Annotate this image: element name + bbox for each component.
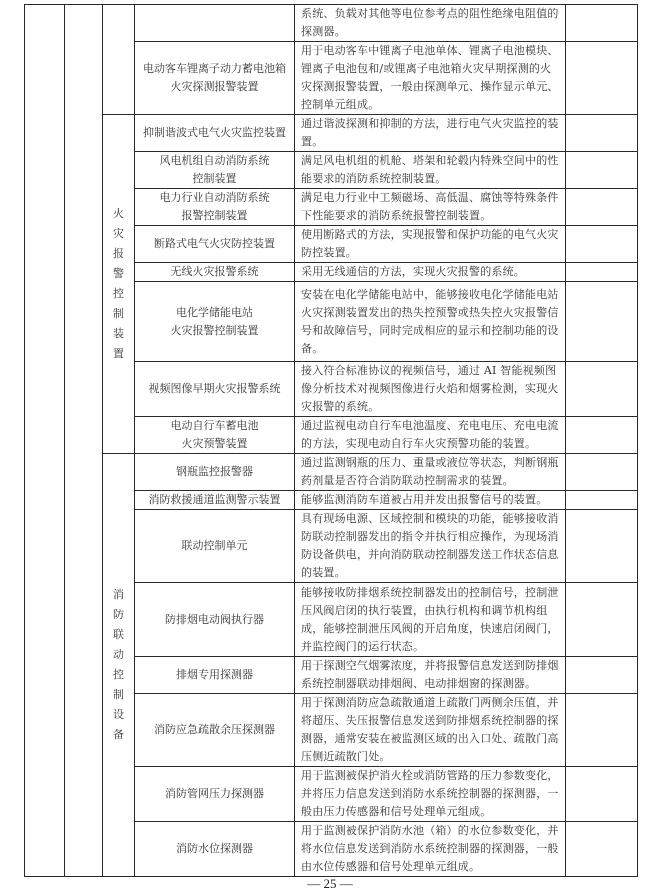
device-name-line: 报警控制装置 <box>141 207 288 225</box>
device-description-cell: 接入符合标准协议的视频信号，通过 AI 智能视频图像分析技术对视频图像进行火焰和… <box>295 362 566 417</box>
device-name-cell <box>135 5 295 42</box>
remarks-cell <box>566 5 638 42</box>
table-row: 消防联动控制设备 钢瓶监控报警器 通过监测钢瓶的压力、重量或液位等状态，判断钢瓶… <box>25 454 638 491</box>
device-description-cell: 满足电力行业中工频磁场、高低温、腐蚀等特殊条件下性能要求的消防系统报警控制装置。 <box>295 189 566 226</box>
device-description-cell: 能够接收防排烟系统控制器发出的控制信号，控制泄压风阀启闭的执行装置，由执行机构和… <box>295 583 566 657</box>
table-row: 系统、负载对其他等电位参考点的阻性绝缘电阻值的探测器。 <box>25 5 638 42</box>
remarks-cell <box>566 583 638 657</box>
device-name-line: 消防应急疏散余压探测器 <box>141 721 288 739</box>
device-name-cell: 风电机组自动消防系统 控制装置 <box>135 152 295 189</box>
device-description-cell: 使用断路式的方法，实现报警和保护功能的电气火灾防控装置。 <box>295 226 566 263</box>
device-description-cell: 用于电动客车中锂离子电池单体、锂离子电池模块、锂离子电池包和/或锂离子电池箱火灾… <box>295 42 566 115</box>
remarks-cell <box>566 42 638 115</box>
device-description-cell: 具有现场电源、区域控制和模块的功能，能够接收消防联动控制器发出的指令并执行相应操… <box>295 510 566 583</box>
device-name-line: 控制装置 <box>141 170 288 188</box>
device-name-cell: 电力行业自动消防系统 报警控制装置 <box>135 189 295 226</box>
device-name-cell: 无线火灾报警系统 <box>135 263 295 282</box>
device-name-line: 视频图像早期火灾报警系统 <box>141 380 288 398</box>
document-page: 系统、负载对其他等电位参考点的阻性绝缘电阻值的探测器。 电动客车锂离子动力蓄电池… <box>0 0 660 896</box>
remarks-cell <box>566 362 638 417</box>
device-name-cell: 视频图像早期火灾报警系统 <box>135 362 295 417</box>
remarks-cell <box>566 454 638 491</box>
category-label: 消防联动控制设备 <box>112 585 126 745</box>
remarks-cell <box>566 115 638 152</box>
device-name-line: 电动客车锂离子动力蓄电池箱 <box>141 60 288 78</box>
device-description-cell: 满足风电机组的机舱、塔架和轮毂内特殊空间中的性能要求的消防系统控制装置。 <box>295 152 566 189</box>
device-description-cell: 用于监测被保护消火栓或消防管路的压力参数变化，并将压力信息发送到消防水系统控制器… <box>295 767 566 822</box>
category-cell-linkage-control: 消防联动控制设备 <box>103 454 135 877</box>
device-name-line: 消防救援通道监测警示装置 <box>141 491 288 509</box>
remarks-cell <box>566 417 638 454</box>
remarks-cell <box>566 189 638 226</box>
device-name-line: 排烟专用探测器 <box>141 666 288 684</box>
device-name-line: 消防管网压力探测器 <box>141 785 288 803</box>
device-name-line: 电动自行车蓄电池 <box>141 417 288 435</box>
device-name-cell: 电动客车锂离子动力蓄电池箱 火灾探测报警装置 <box>135 42 295 115</box>
device-description-cell: 安装在电化学储能电站中，能够接收电化学储能电站火灾探测装置发出的热失控预警或热失… <box>295 282 566 362</box>
device-name-cell: 排烟专用探测器 <box>135 657 295 694</box>
remarks-cell <box>566 510 638 583</box>
remarks-cell <box>566 263 638 282</box>
device-name-line: 断路式电气火灾防控装置 <box>141 235 288 253</box>
device-description-cell: 用于监测被保护消防水池（箱）的水位参数变化，并将水位信息发送到消防水系统控制器的… <box>295 822 566 877</box>
device-name-cell: 抑制谐波式电气火灾监控装置 <box>135 115 295 152</box>
remarks-cell <box>566 226 638 263</box>
device-name-cell: 钢瓶监控报警器 <box>135 454 295 491</box>
device-name-cell: 消防水位探测器 <box>135 822 295 877</box>
device-description-cell: 用于探测空气烟雾浓度，并将报警信息发送到防排烟系统控制器联动排烟阀、电动排烟窗的… <box>295 657 566 694</box>
device-name-line: 火灾报警控制装置 <box>141 322 288 340</box>
device-name-line: 钢瓶监控报警器 <box>141 463 288 481</box>
column-2-cell <box>65 5 103 877</box>
device-name-cell: 电动自行车蓄电池 火灾预警装置 <box>135 417 295 454</box>
device-name-line: 风电机组自动消防系统 <box>141 152 288 170</box>
table-row: 火灾报警控制装置 抑制谐波式电气火灾监控装置 通过谐波探测和抑制的方法，进行电气… <box>25 115 638 152</box>
device-name-cell: 防排烟电动阀执行器 <box>135 583 295 657</box>
device-name-cell: 消防应急疏散余压探测器 <box>135 694 295 767</box>
device-description-cell: 通过谐波探测和抑制的方法，进行电气火灾监控的装置。 <box>295 115 566 152</box>
device-name-cell: 消防管网压力探测器 <box>135 767 295 822</box>
device-description-cell: 能够监测消防车道被占用并发出报警信号的装置。 <box>295 491 566 510</box>
device-name-line: 消防水位探测器 <box>141 840 288 858</box>
device-description-cell: 通过监测钢瓶的压力、重量或液位等状态，判断钢瓶药剂量是否符合消防联动控制需求的装… <box>295 454 566 491</box>
device-name-line: 防排烟电动阀执行器 <box>141 611 288 629</box>
device-name-line: 火灾预警装置 <box>141 435 288 453</box>
device-name-line: 火灾探测报警装置 <box>141 78 288 96</box>
page-number: — 25 — <box>0 876 660 892</box>
device-name-cell: 断路式电气火灾防控装置 <box>135 226 295 263</box>
column-1-cell <box>25 5 65 877</box>
product-spec-table: 系统、负载对其他等电位参考点的阻性绝缘电阻值的探测器。 电动客车锂离子动力蓄电池… <box>24 4 638 877</box>
device-name-line: 电化学储能电站 <box>141 304 288 322</box>
remarks-cell <box>566 491 638 510</box>
device-name-line: 抑制谐波式电气火灾监控装置 <box>141 124 288 142</box>
device-name-cell: 消防救援通道监测警示装置 <box>135 491 295 510</box>
remarks-cell <box>566 657 638 694</box>
remarks-cell <box>566 694 638 767</box>
remarks-cell <box>566 152 638 189</box>
device-description-cell: 采用无线通信的方法，实现火灾报警的系统。 <box>295 263 566 282</box>
device-name-line: 联动控制单元 <box>141 537 288 555</box>
device-name-cell: 电化学储能电站 火灾报警控制装置 <box>135 282 295 362</box>
category-cell-fire-alarm-control: 火灾报警控制装置 <box>103 115 135 454</box>
device-name-line: 电力行业自动消防系统 <box>141 189 288 207</box>
remarks-cell <box>566 767 638 822</box>
category-label: 火灾报警控制装置 <box>112 204 126 364</box>
remarks-cell <box>566 282 638 362</box>
device-description-cell: 系统、负载对其他等电位参考点的阻性绝缘电阻值的探测器。 <box>295 5 566 42</box>
device-name-line: 无线火灾报警系统 <box>141 263 288 281</box>
device-description-cell: 通过监视电动自行车电池温度、充电电压、充电电流的方法，实现电动自行车火灾预警功能… <box>295 417 566 454</box>
category-cell-prev <box>103 5 135 115</box>
device-name-cell: 联动控制单元 <box>135 510 295 583</box>
remarks-cell <box>566 822 638 877</box>
device-description-cell: 用于探测消防应急疏散通道上疏散门两侧余压值，并将超压、失压报警信息发送到防排烟系… <box>295 694 566 767</box>
